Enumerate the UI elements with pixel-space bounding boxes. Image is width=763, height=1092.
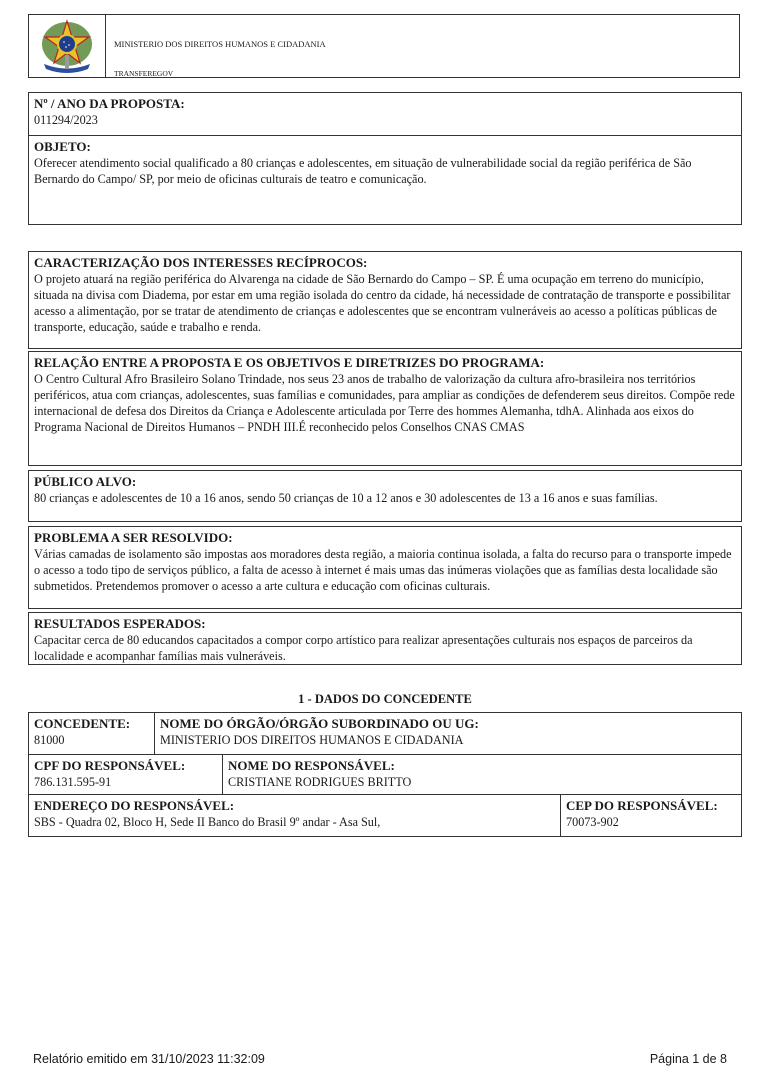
section-title-concedente: 1 - DADOS DO CONCEDENTE	[28, 692, 742, 707]
problema-label: PROBLEMA A SER RESOLVIDO:	[34, 530, 736, 546]
cpf-label: CPF DO RESPONSÁVEL:	[34, 758, 217, 774]
relacao-box: RELAÇÃO ENTRE A PROPOSTA E OS OBJETIVOS …	[28, 351, 742, 466]
concedente-value: 81000	[34, 732, 149, 748]
endereco-row: ENDEREÇO DO RESPONSÁVEL: SBS - Quadra 02…	[28, 795, 742, 837]
caracterizacao-cell: CARACTERIZAÇÃO DOS INTERESSES RECÍPROCOS…	[29, 252, 741, 337]
caracterizacao-value: O projeto atuará na região periférica do…	[34, 271, 736, 335]
caracterizacao-label: CARACTERIZAÇÃO DOS INTERESSES RECÍPROCOS…	[34, 255, 736, 271]
cep-cell: CEP DO RESPONSÁVEL: 70073-902	[560, 795, 741, 836]
concedente-cell: CONCEDENTE: 81000	[29, 713, 154, 754]
nome-value: CRISTIANE RODRIGUES BRITTO	[228, 774, 736, 790]
endereco-cell: ENDEREÇO DO RESPONSÁVEL: SBS - Quadra 02…	[29, 795, 560, 836]
concedente-label: CONCEDENTE:	[34, 716, 149, 732]
responsavel-row: CPF DO RESPONSÁVEL: 786.131.595-91 NOME …	[28, 755, 742, 795]
caracterizacao-box: CARACTERIZAÇÃO DOS INTERESSES RECÍPROCOS…	[28, 251, 742, 349]
header-text: MINISTERIO DOS DIREITOS HUMANOS E CIDADA…	[106, 15, 739, 77]
orgao-label: NOME DO ÓRGÃO/ÓRGÃO SUBORDINADO OU UG:	[160, 716, 736, 732]
proposta-cell: Nº / ANO DA PROPOSTA: 011294/2023	[29, 93, 741, 135]
objeto-label: OBJETO:	[34, 139, 736, 155]
relacao-cell: RELAÇÃO ENTRE A PROPOSTA E OS OBJETIVOS …	[29, 352, 741, 437]
objeto-value: Oferecer atendimento social qualificado …	[34, 155, 736, 187]
issued-timestamp: Relatório emitido em 31/10/2023 11:32:09	[33, 1052, 265, 1066]
publico-alvo-cell: PÚBLICO ALVO: 80 crianças e adolescentes…	[29, 471, 741, 508]
cpf-cell: CPF DO RESPONSÁVEL: 786.131.595-91	[29, 755, 222, 794]
resultados-cell: RESULTADOS ESPERADOS: Capacitar cerca de…	[29, 613, 741, 666]
resultados-value: Capacitar cerca de 80 educandos capacita…	[34, 632, 736, 664]
proposta-label: Nº / ANO DA PROPOSTA:	[34, 96, 736, 112]
proposta-value: 011294/2023	[34, 112, 736, 128]
logo-cell	[29, 15, 106, 77]
endereco-label: ENDEREÇO DO RESPONSÁVEL:	[34, 798, 555, 814]
nome-label: NOME DO RESPONSÁVEL:	[228, 758, 736, 774]
relacao-value: O Centro Cultural Afro Brasileiro Solano…	[34, 371, 736, 435]
page-number: Página 1 de 8	[650, 1052, 727, 1066]
cep-value: 70073-902	[566, 814, 736, 830]
objeto-cell: OBJETO: Oferecer atendimento social qual…	[29, 135, 741, 189]
orgao-value: MINISTERIO DOS DIREITOS HUMANOS E CIDADA…	[160, 732, 736, 748]
orgao-cell: NOME DO ÓRGÃO/ÓRGÃO SUBORDINADO OU UG: M…	[154, 713, 741, 754]
problema-value: Várias camadas de isolamento são imposta…	[34, 546, 736, 594]
header-organization: MINISTERIO DOS DIREITOS HUMANOS E CIDADA…	[114, 39, 326, 49]
cep-label: CEP DO RESPONSÁVEL:	[566, 798, 736, 814]
relacao-label: RELAÇÃO ENTRE A PROPOSTA E OS OBJETIVOS …	[34, 355, 736, 371]
proposta-box: Nº / ANO DA PROPOSTA: 011294/2023 OBJETO…	[28, 92, 742, 225]
problema-box: PROBLEMA A SER RESOLVIDO: Várias camadas…	[28, 526, 742, 609]
endereco-value: SBS - Quadra 02, Bloco H, Sede II Banco …	[34, 814, 555, 830]
brazil-coat-of-arms-icon	[36, 17, 98, 75]
document-header: MINISTERIO DOS DIREITOS HUMANOS E CIDADA…	[28, 14, 740, 78]
header-system: TRANSFEREGOV	[114, 69, 173, 78]
resultados-label: RESULTADOS ESPERADOS:	[34, 616, 736, 632]
resultados-box: RESULTADOS ESPERADOS: Capacitar cerca de…	[28, 612, 742, 665]
publico-alvo-value: 80 crianças e adolescentes de 10 a 16 an…	[34, 490, 736, 506]
page-footer: Relatório emitido em 31/10/2023 11:32:09…	[33, 1052, 727, 1066]
publico-alvo-box: PÚBLICO ALVO: 80 crianças e adolescentes…	[28, 470, 742, 522]
publico-alvo-label: PÚBLICO ALVO:	[34, 474, 736, 490]
concedente-row: CONCEDENTE: 81000 NOME DO ÓRGÃO/ÓRGÃO SU…	[28, 712, 742, 755]
nome-cell: NOME DO RESPONSÁVEL: CRISTIANE RODRIGUES…	[222, 755, 741, 794]
cpf-value: 786.131.595-91	[34, 774, 217, 790]
problema-cell: PROBLEMA A SER RESOLVIDO: Várias camadas…	[29, 527, 741, 596]
